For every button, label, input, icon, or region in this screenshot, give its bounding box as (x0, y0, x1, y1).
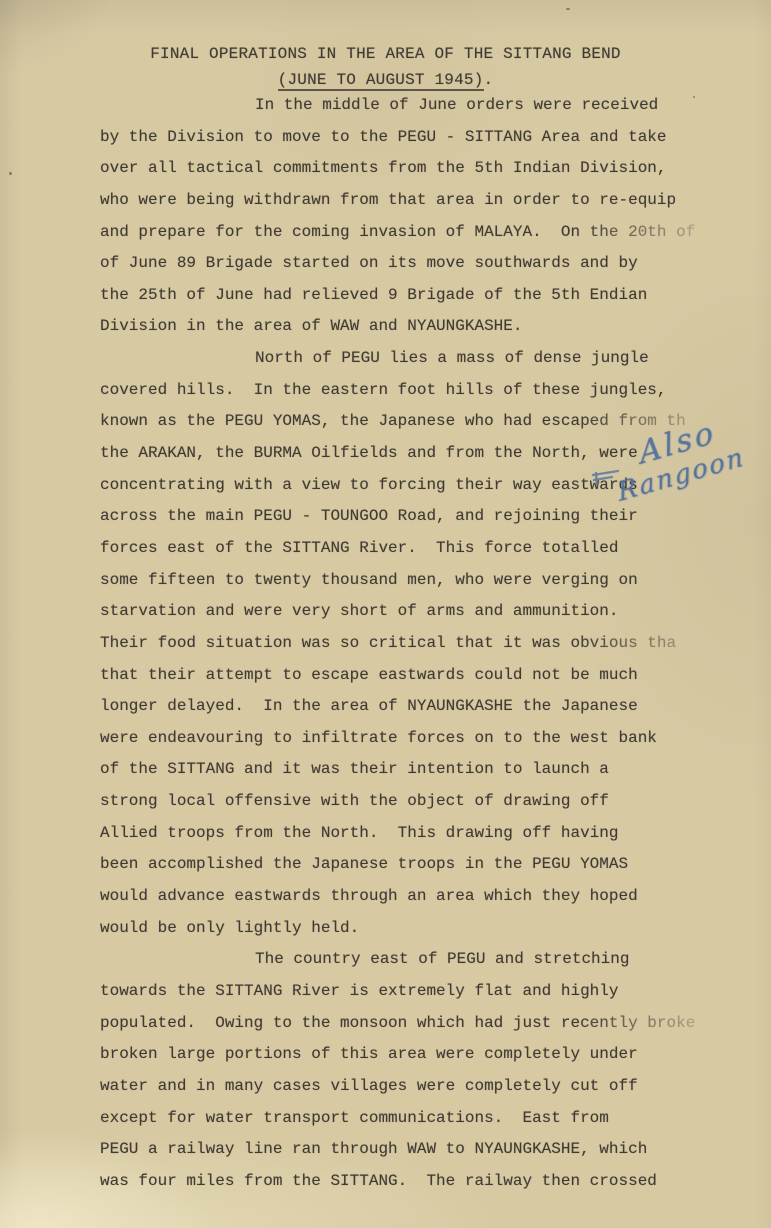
text-line: starvation and were very short of arms a… (100, 596, 710, 628)
text-line: would advance eastwards through an area … (100, 881, 710, 913)
text-line: over all tactical commitments from the 5… (100, 153, 710, 185)
text-line: were endeavouring to infiltrate forces o… (100, 723, 710, 755)
text-line: Allied troops from the North. This drawi… (100, 818, 710, 850)
text-line: the 25th of June had relieved 9 Brigade … (100, 280, 710, 312)
text-line: towards the SITTANG River is extremely f… (100, 976, 710, 1008)
text-line: except for water transport communication… (100, 1103, 710, 1135)
text-line: populated. Owing to the monsoon which ha… (100, 1008, 710, 1040)
document-body: In the middle of June orders were receiv… (100, 90, 710, 1197)
text-line: strong local offensive with the object o… (100, 786, 710, 818)
text-line: of the SITTANG and it was their intentio… (100, 754, 710, 786)
document-page: FINAL OPERATIONS IN THE AREA OF THE SITT… (0, 0, 771, 1228)
text-line: some fifteen to twenty thousand men, who… (100, 565, 710, 597)
text-line: PEGU a railway line ran through WAW to N… (100, 1134, 710, 1166)
title-block: FINAL OPERATIONS IN THE AREA OF THE SITT… (0, 41, 771, 93)
text-line: been accomplished the Japanese troops in… (100, 849, 710, 881)
text-line: by the Division to move to the PEGU - SI… (100, 122, 710, 154)
text-line: water and in many cases villages were co… (100, 1071, 710, 1103)
text-line: broken large portions of this area were … (100, 1039, 710, 1071)
text-line: The country east of PEGU and stretching (100, 944, 710, 976)
text-line: known as the PEGU YOMAS, the Japanese wh… (100, 406, 710, 438)
text-line: of June 89 Brigade started on its move s… (100, 248, 710, 280)
text-line: across the main PEGU - TOUNGOO Road, and… (100, 501, 710, 533)
paper-speck (566, 8, 570, 10)
text-line: North of PEGU lies a mass of dense jungl… (100, 343, 710, 375)
text-line: covered hills. In the eastern foot hills… (100, 375, 710, 407)
paper-speck (9, 172, 12, 175)
document-title: FINAL OPERATIONS IN THE AREA OF THE SITT… (0, 41, 771, 67)
text-line: In the middle of June orders were receiv… (100, 90, 710, 122)
text-line: and prepare for the coming invasion of M… (100, 217, 710, 249)
text-line: forces east of the SITTANG River. This f… (100, 533, 710, 565)
text-line: would be only lightly held. (100, 913, 710, 945)
text-line: that their attempt to escape eastwards c… (100, 660, 710, 692)
text-line: Their food situation was so critical tha… (100, 628, 710, 660)
text-line: longer delayed. In the area of NYAUNGKAS… (100, 691, 710, 723)
document-subtitle-text: (JUNE TO AUGUST 1945) (278, 71, 484, 91)
text-line: Division in the area of WAW and NYAUNGKA… (100, 311, 710, 343)
document-subtitle-period: . (484, 71, 494, 89)
text-line: was four miles from the SITTANG. The rai… (100, 1166, 710, 1198)
text-line: who were being withdrawn from that area … (100, 185, 710, 217)
